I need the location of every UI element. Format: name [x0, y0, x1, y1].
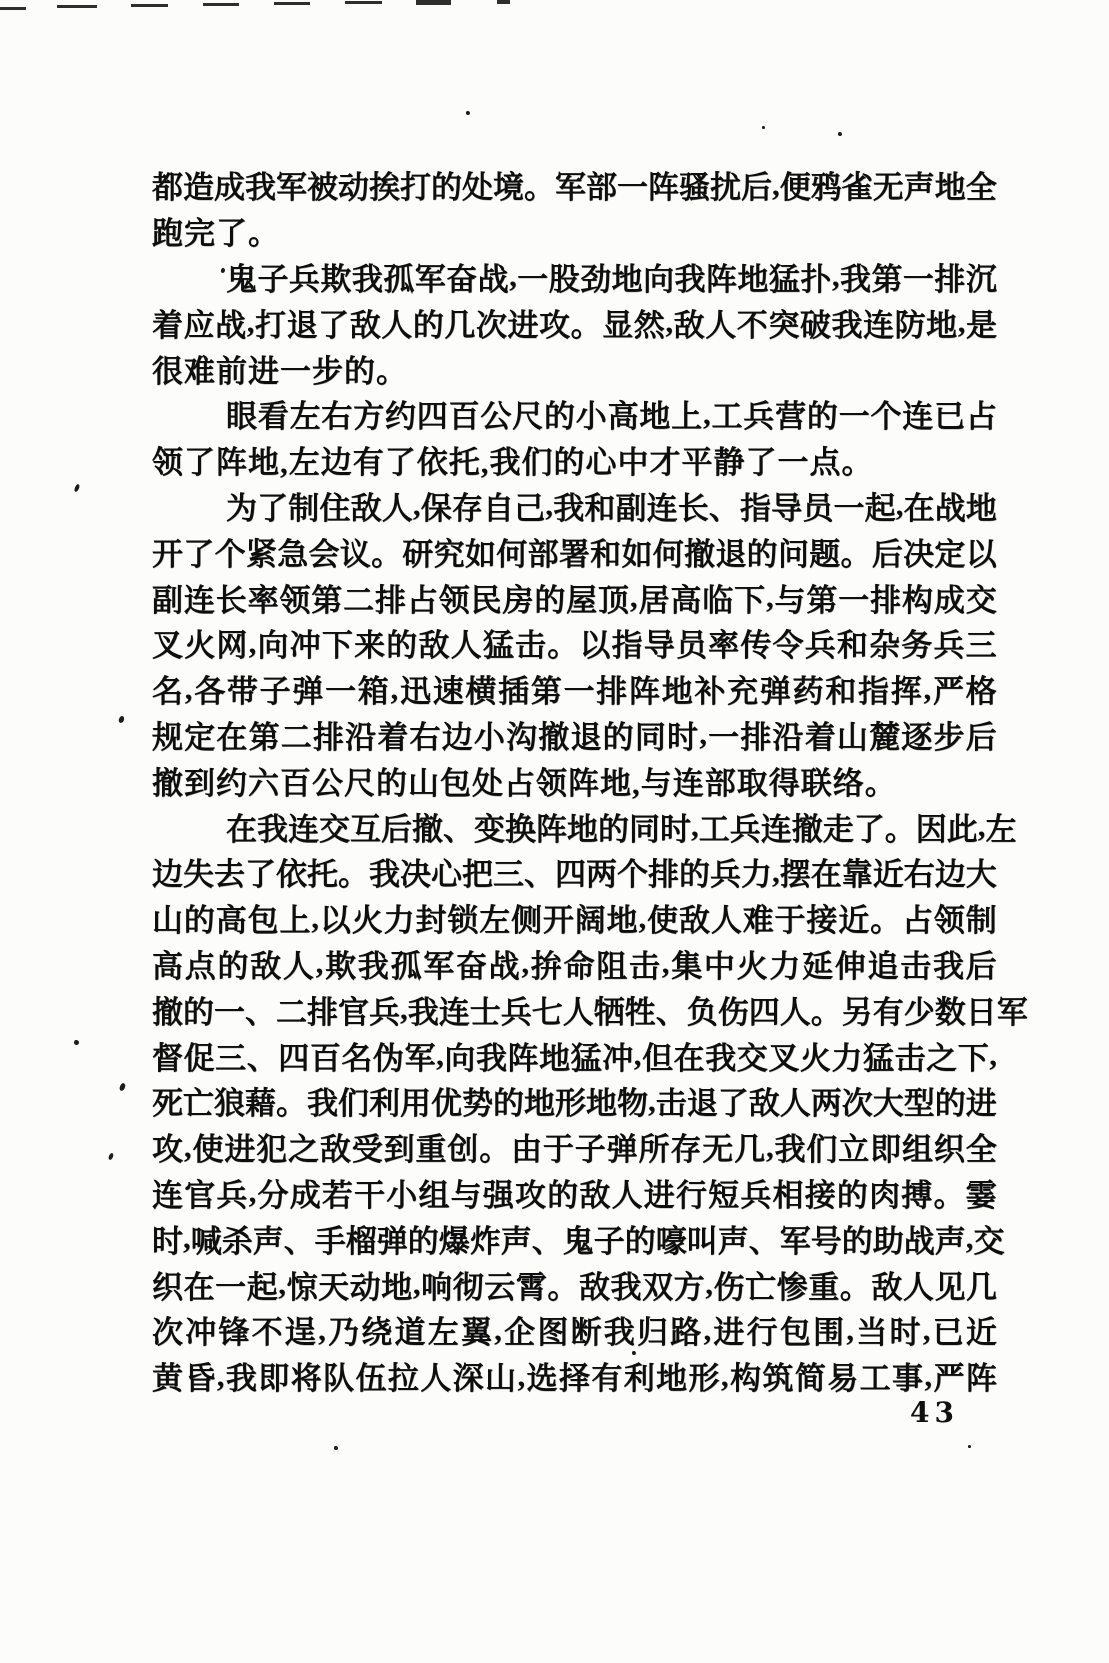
page-number: 43	[910, 1396, 959, 1429]
ink-speck-artifact	[466, 111, 470, 115]
ink-speck-artifact	[632, 1351, 636, 1355]
text-line: 次冲锋不逞,乃绕道左翼,企图断我归路,进行包围,当时,已近	[152, 1307, 997, 1353]
scan-dash-artifact	[416, 0, 451, 5]
text-line: 鬼子兵欺我孤军奋战,一股劲地向我阵地猛扑,我第一排沉	[152, 254, 997, 300]
ink-speck-artifact	[119, 1082, 127, 1091]
text-line: 规定在第二排沿着右边小沟撤退的同时,一排沿着山麓逐步后	[152, 712, 997, 758]
text-line: 山的高包上,以火力封锁左侧开阔地,使敌人难于接近。占领制	[152, 895, 997, 941]
scan-dash-artifact	[203, 3, 239, 6]
text-line: 时,喊杀声、手榴弹的爆炸声、鬼子的嚎叫声、军号的助战声,交	[152, 1215, 997, 1261]
text-line: 边失去了依托。我决心把三、四两个排的兵力,摆在靠近右边大	[152, 849, 997, 895]
text-line: 攻,使进犯之敌受到重创。由于子弹所存无几,我们立即组织全	[152, 1124, 997, 1170]
text-line: 着应战,打退了敌人的几次进攻。显然,敌人不突破我连防地,是	[152, 299, 997, 345]
text-line: 连官兵,分成若干小组与强攻的敌人进行短兵相接的肉搏。霎	[152, 1170, 997, 1216]
scan-dash-artifact	[0, 7, 26, 10]
text-line: 撤到约六百公尺的山包处占领阵地,与连部取得联络。	[152, 757, 997, 803]
text-line: 为了制住敌人,保存自己,我和副连长、指导员一起,在战地	[152, 483, 997, 529]
ink-speck-artifact	[108, 1152, 115, 1160]
text-line: 撤的一、二排官兵,我连士兵七人牺牲、负伤四人。另有少数日军	[152, 986, 997, 1032]
ink-speck-artifact	[118, 715, 125, 723]
scan-dash-artifact	[274, 2, 310, 5]
text-line: 眼看左右方约四百公尺的小高地上,工兵营的一个连已占	[152, 391, 997, 437]
scan-dash-artifact	[345, 1, 382, 4]
text-line: 死亡狼藉。我们利用优势的地形地物,击退了敌人两次大型的进	[152, 1078, 997, 1124]
text-line: 织在一起,惊天动地,响彻云霄。敌我双方,伤亡惨重。敌人见几	[152, 1261, 997, 1307]
text-line: 高点的敌人,欺我孤军奋战,拚命阻击,集中火力延伸追击我后	[152, 941, 997, 987]
text-line: 跑完了。	[152, 208, 997, 254]
text-line: 黄昏,我即将队伍拉人深山,选择有利地形,构筑简易工事,严阵	[152, 1353, 997, 1399]
text-line: 很难前进一步的。	[152, 345, 997, 391]
text-block: 都造成我军被动挨打的处境。军部一阵骚扰后,便鸦雀无声地全跑完了。鬼子兵欺我孤军奋…	[152, 162, 997, 1399]
scan-dash-artifact	[131, 4, 168, 7]
text-line: 名,各带子弹一箱,迅速横插第一排阵地补充弹药和指挥,严格	[152, 666, 997, 712]
ink-speck-artifact	[968, 1445, 971, 1448]
ink-speck-artifact	[73, 484, 80, 493]
scan-dash-artifact	[57, 5, 97, 8]
text-line: 在我连交互后撤、变换阵地的同时,工兵连撤走了。因此,左	[152, 803, 997, 849]
ink-speck-artifact	[762, 126, 765, 129]
text-line: 开了个紧急会议。研究如何部署和如何撤退的问题。后决定以	[152, 528, 997, 574]
ink-speck-artifact	[838, 132, 842, 136]
text-line: 领了阵地,左边有了依托,我们的心中才平静了一点。	[152, 437, 997, 483]
text-line: 副连长率领第二排占领民房的屋顶,居高临下,与第一排构成交	[152, 574, 997, 620]
ink-speck-artifact	[74, 1040, 79, 1045]
ink-speck-artifact	[334, 1446, 338, 1450]
scanned-book-page: 都造成我军被动挨打的处境。军部一阵骚扰后,便鸦雀无声地全跑完了。鬼子兵欺我孤军奋…	[0, 0, 1109, 1663]
text-line: 叉火网,向冲下来的敌人猛击。以指导员率传令兵和杂务兵三	[152, 620, 997, 666]
text-line: 督促三、四百名伪军,向我阵地猛冲,但在我交叉火力猛击之下,	[152, 1032, 997, 1078]
scan-dash-artifact	[497, 0, 510, 4]
text-line: 都造成我军被动挨打的处境。军部一阵骚扰后,便鸦雀无声地全	[152, 162, 997, 208]
